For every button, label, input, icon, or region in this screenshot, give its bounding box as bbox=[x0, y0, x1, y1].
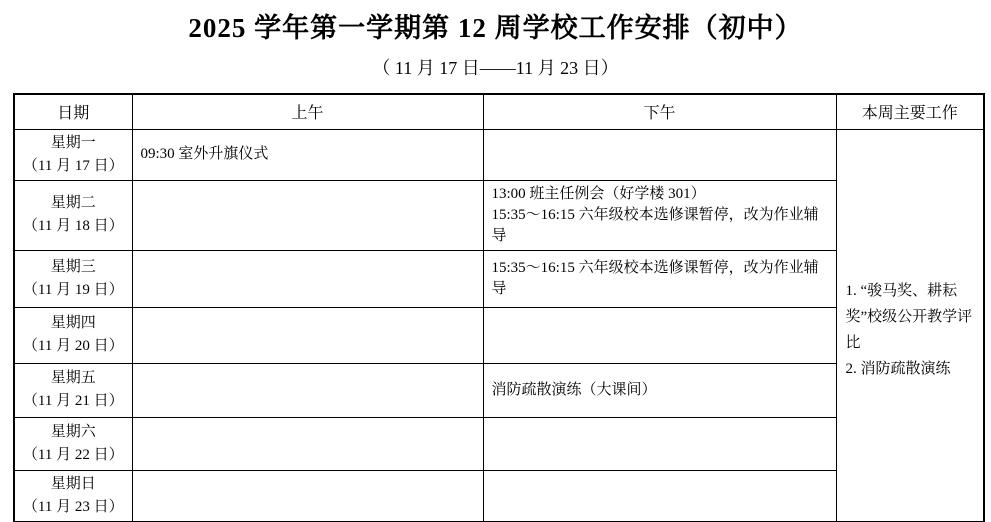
morning-cell-sunday bbox=[132, 470, 483, 522]
page-subtitle: （ 11 月 17 日——11 月 23 日） bbox=[0, 57, 991, 79]
afternoon-cell-wednesday: 15:35～16:15 六年级校本选修课暂停，改为作业辅导 bbox=[483, 250, 836, 307]
table-row-monday: 星期一 （11 月 17 日） 09:30 室外升旗仪式 1. “骏马奖、耕耘奖… bbox=[14, 129, 984, 180]
afternoon-cell-thursday bbox=[483, 307, 836, 363]
weekly-task-item: 2. 消防疏散演练 bbox=[846, 356, 976, 382]
morning-cell-friday bbox=[132, 363, 483, 417]
schedule-entry: 13:00 班主任例会（好学楼 301） bbox=[492, 184, 828, 205]
date-cell-saturday: 星期六 （11 月 22 日） bbox=[14, 417, 132, 470]
date-cell-tuesday: 星期二 （11 月 18 日） bbox=[14, 180, 132, 250]
table-header-row: 日期 上午 下午 本周主要工作 bbox=[14, 94, 984, 129]
afternoon-cell-monday bbox=[483, 129, 836, 180]
date-cell-monday: 星期一 （11 月 17 日） bbox=[14, 129, 132, 180]
date-label: （11 月 19 日） bbox=[17, 279, 130, 302]
date-cell-sunday: 星期日 （11 月 23 日） bbox=[14, 470, 132, 522]
schedule-entry: 15:35～16:15 六年级校本选修课暂停，改为作业辅导 bbox=[492, 205, 828, 247]
date-label: （11 月 21 日） bbox=[17, 390, 130, 413]
page-title: 2025 学年第一学期第 12 周学校工作安排（初中） bbox=[0, 11, 991, 45]
date-label: （11 月 22 日） bbox=[17, 444, 130, 467]
day-label: 星期四 bbox=[17, 312, 130, 335]
date-label: （11 月 20 日） bbox=[17, 335, 130, 358]
weekly-task-item: 1. “骏马奖、耕耘奖”校级公开教学评比 bbox=[846, 278, 976, 356]
morning-cell-thursday bbox=[132, 307, 483, 363]
afternoon-cell-sunday bbox=[483, 470, 836, 522]
afternoon-cell-friday: 消防疏散演练（大课间） bbox=[483, 363, 836, 417]
header-weekly: 本周主要工作 bbox=[836, 94, 984, 129]
date-cell-thursday: 星期四 （11 月 20 日） bbox=[14, 307, 132, 363]
day-label: 星期五 bbox=[17, 367, 130, 390]
day-label: 星期二 bbox=[17, 192, 130, 215]
date-cell-friday: 星期五 （11 月 21 日） bbox=[14, 363, 132, 417]
day-label: 星期一 bbox=[17, 132, 130, 155]
header-afternoon: 下午 bbox=[483, 94, 836, 129]
date-label: （11 月 23 日） bbox=[17, 496, 130, 519]
morning-cell-tuesday bbox=[132, 180, 483, 250]
morning-cell-wednesday bbox=[132, 250, 483, 307]
date-label: （11 月 17 日） bbox=[17, 155, 130, 178]
morning-cell-saturday bbox=[132, 417, 483, 470]
afternoon-cell-saturday bbox=[483, 417, 836, 470]
morning-cell-monday: 09:30 室外升旗仪式 bbox=[132, 129, 483, 180]
header-morning: 上午 bbox=[132, 94, 483, 129]
schedule-entry: 15:35～16:15 六年级校本选修课暂停，改为作业辅导 bbox=[492, 258, 828, 300]
day-label: 星期三 bbox=[17, 256, 130, 279]
schedule-entry: 09:30 室外升旗仪式 bbox=[141, 144, 475, 165]
schedule-entry: 消防疏散演练（大课间） bbox=[492, 380, 828, 401]
date-label: （11 月 18 日） bbox=[17, 215, 130, 238]
day-label: 星期日 bbox=[17, 473, 130, 496]
date-cell-wednesday: 星期三 （11 月 19 日） bbox=[14, 250, 132, 307]
schedule-table: 日期 上午 下午 本周主要工作 星期一 （11 月 17 日） 09:30 室外… bbox=[13, 93, 985, 522]
weekly-tasks-cell: 1. “骏马奖、耕耘奖”校级公开教学评比 2. 消防疏散演练 bbox=[836, 129, 984, 522]
afternoon-cell-tuesday: 13:00 班主任例会（好学楼 301） 15:35～16:15 六年级校本选修… bbox=[483, 180, 836, 250]
day-label: 星期六 bbox=[17, 421, 130, 444]
header-date: 日期 bbox=[14, 94, 132, 129]
